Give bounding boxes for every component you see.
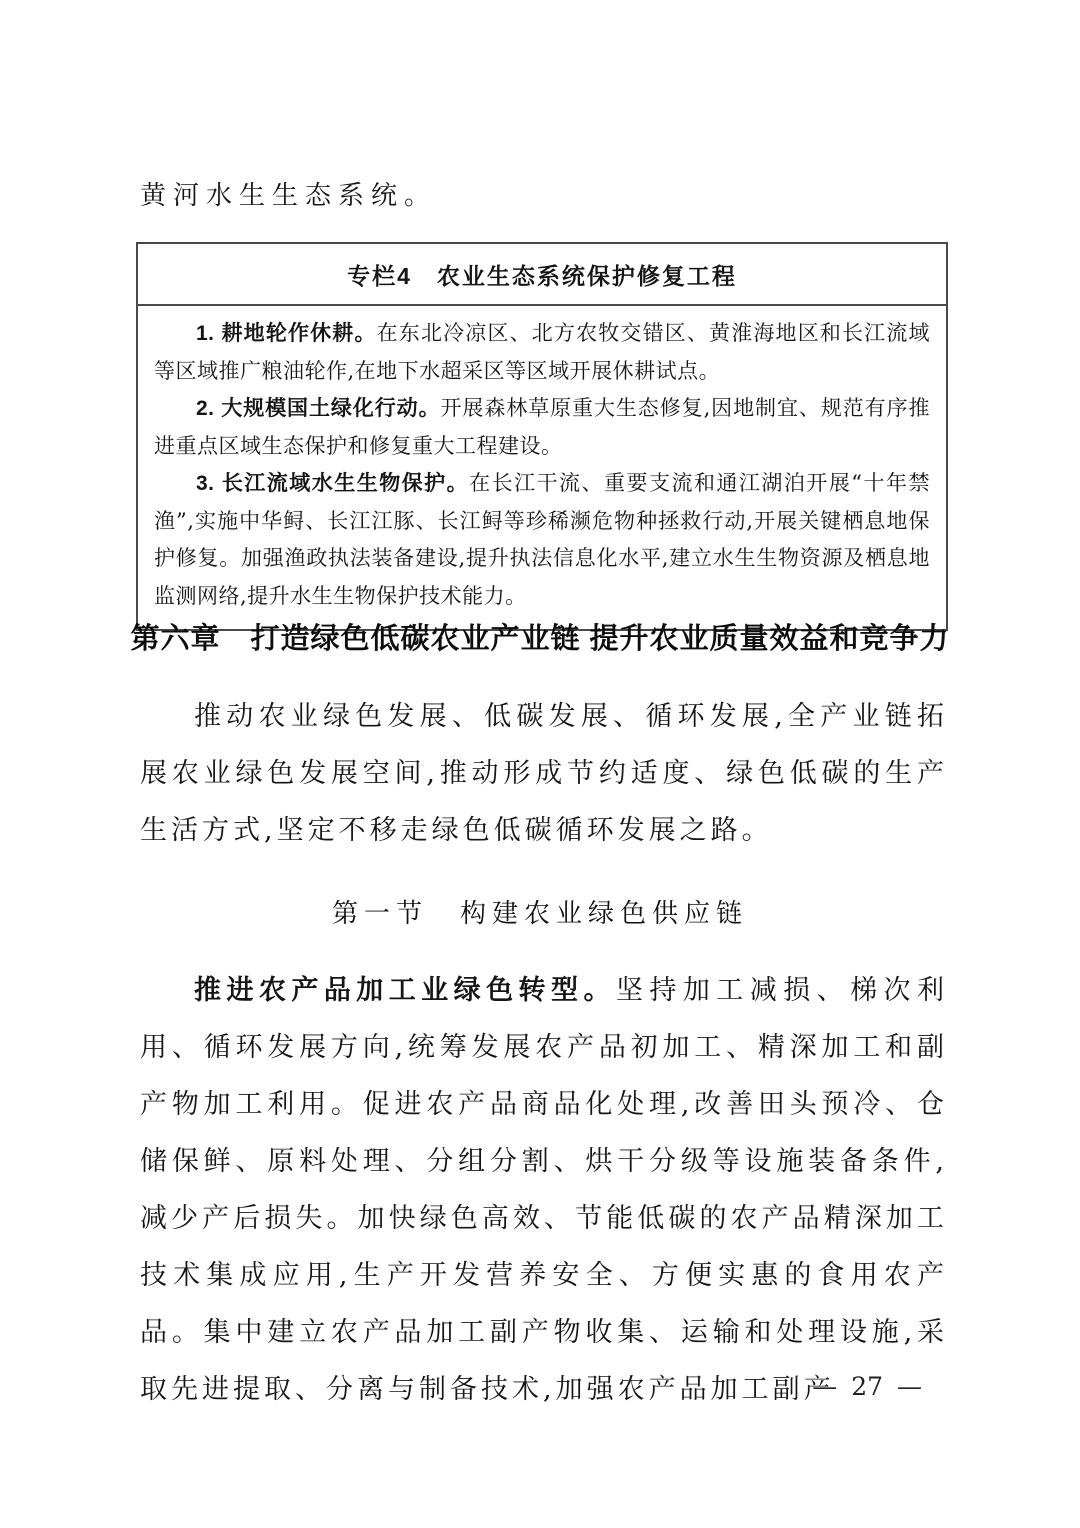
footer-dash-left: —	[806, 1372, 843, 1401]
main-paragraph-body: 坚持加工减损、梯次利用、循环发展方向,统筹发展农产品初加工、精深加工和副产物加工…	[140, 975, 948, 1405]
callout-box-title: 专栏4 农业生态系统保护修复工程	[138, 244, 946, 306]
callout-item-2-label: 2. 大规模国土绿化行动。	[196, 397, 441, 420]
callout-item-1: 1. 耕地轮作休耕。在东北冷凉区、北方农牧交错区、黄淮海地区和长江流域等区域推广…	[154, 315, 930, 390]
callout-item-3-label: 3. 长江流域水生生物保护。	[196, 472, 469, 495]
footer-dash-right: —	[891, 1372, 928, 1401]
callout-item-2: 2. 大规模国土绿化行动。开展森林草原重大生态修复,因地制宜、规范有序推进重点区…	[154, 390, 930, 465]
document-page: 黄河水生生态系统。 专栏4 农业生态系统保护修复工程 1. 耕地轮作休耕。在东北…	[0, 0, 1080, 1528]
previous-paragraph-tail: 黄河水生生态系统。	[140, 175, 437, 212]
page-number: 27	[843, 1372, 891, 1401]
callout-box-body: 1. 耕地轮作休耕。在东北冷凉区、北方农牧交错区、黄淮海地区和长江流域等区域推广…	[138, 306, 946, 629]
intro-paragraph: 推动农业绿色发展、低碳发展、循环发展,全产业链拓展农业绿色发展空间,推动形成节约…	[140, 688, 948, 859]
main-paragraph: 推进农产品加工业绿色转型。坚持加工减损、梯次利用、循环发展方向,统筹发展农产品初…	[140, 962, 948, 1418]
callout-box: 专栏4 农业生态系统保护修复工程 1. 耕地轮作休耕。在东北冷凉区、北方农牧交错…	[136, 242, 948, 631]
section-heading: 第一节 构建农业绿色供应链	[0, 893, 1080, 930]
callout-item-1-label: 1. 耕地轮作休耕。	[196, 322, 377, 345]
main-paragraph-lead: 推进农产品加工业绿色转型。	[194, 975, 616, 1005]
callout-item-3: 3. 长江流域水生生物保护。在长江干流、重要支流和通江湖泊开展“十年禁渔”,实施…	[154, 465, 930, 615]
chapter-heading: 第六章 打造绿色低碳农业产业链 提升农业质量效益和竞争力	[0, 616, 1080, 657]
page-footer: —27—	[806, 1372, 928, 1401]
